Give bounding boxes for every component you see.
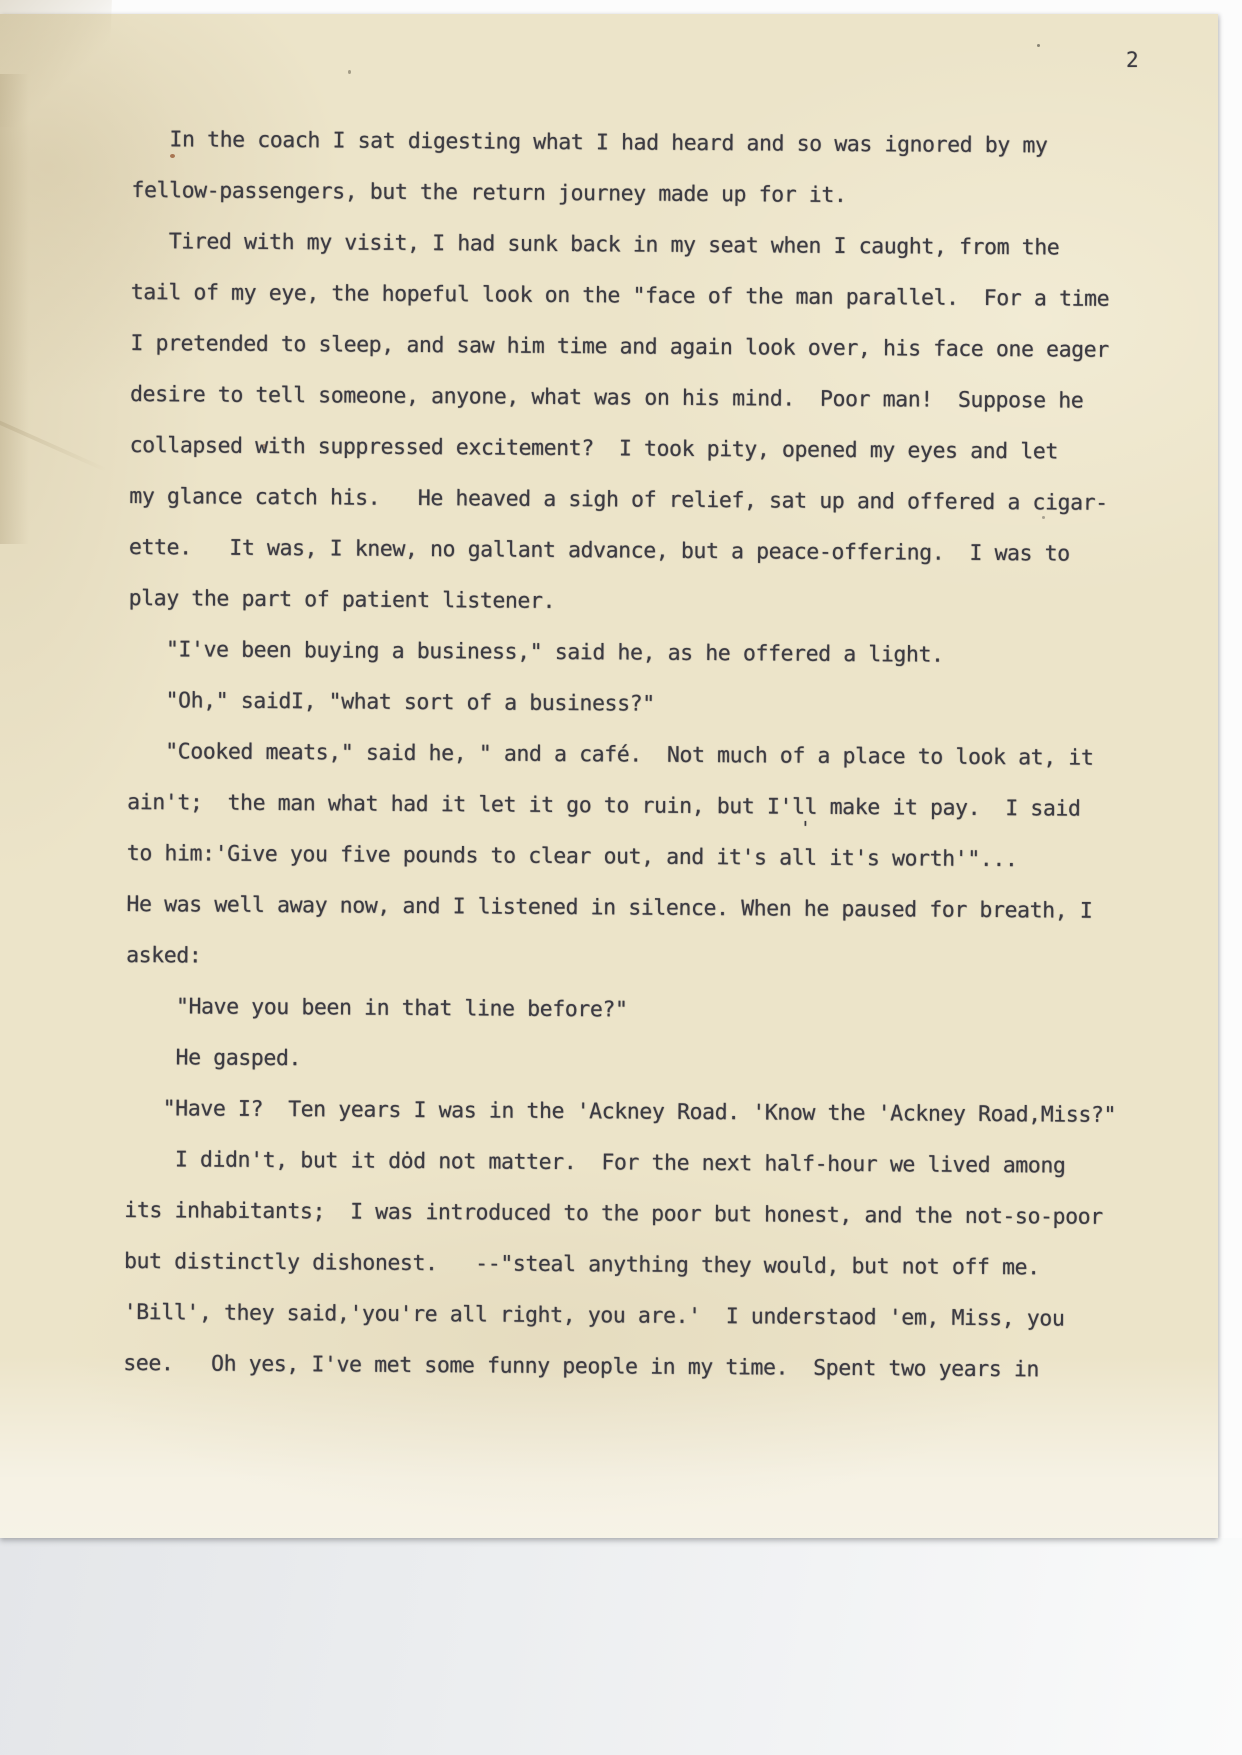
text-line: "Cooked meats," said he, " and a café. N… (127, 726, 1207, 785)
typescript-body: In the coach I sat digesting what I had … (123, 114, 1212, 1397)
typed-correction-apostrophe: ' (800, 818, 811, 839)
text-line: asked: (126, 930, 1206, 989)
text-line: ain't; the man what had it let it go to … (127, 777, 1207, 836)
text-line: He was well away now, and I listened in … (126, 879, 1206, 938)
text-line: In the coach I sat digesting what I had … (132, 114, 1212, 173)
paper-speck (348, 70, 351, 74)
scanner-bed (0, 1538, 1242, 1755)
paper-speck (1037, 44, 1040, 47)
text-line: fellow-passengers, but the return journe… (131, 165, 1211, 224)
text-line: I didn't, but it dȯd not matter. For the… (125, 1134, 1205, 1193)
text-line: collapsed with suppressed excitement? I … (130, 420, 1210, 479)
paper-crease-left-edge (0, 74, 34, 544)
text-line: "Have you been in that line before?" (126, 981, 1206, 1040)
text-line: its inhabitants; I was introduced to the… (124, 1185, 1204, 1244)
text-line: my glance catch his. He heaved a sigh of… (129, 471, 1209, 530)
text-line: "Have I? Ten years I was in the 'Ackney … (125, 1083, 1205, 1142)
text-line: "I've been buying a business," said he, … (128, 624, 1208, 683)
text-line: but distinctly dishonest. --"steal anyth… (124, 1236, 1204, 1295)
text-line: He gasped. (125, 1032, 1205, 1091)
text-line: tail of my eye, the hopeful look on the … (131, 267, 1211, 326)
text-line: play the part of patient listener. (128, 573, 1208, 632)
text-line: ette. It was, I knew, no gallant advance… (129, 522, 1209, 581)
text-line: "Oh," saidI, "what sort of a business?" (128, 675, 1208, 734)
scanned-page-background: 2 In the coach I sat digesting what I ha… (0, 0, 1242, 1755)
paper-page: 2 In the coach I sat digesting what I ha… (0, 14, 1218, 1538)
text-line: 'Bill', they said,'you're all right, you… (123, 1287, 1203, 1346)
text-line: Tired with my visit, I had sunk back in … (131, 216, 1211, 275)
page-number: 2 (1126, 48, 1139, 72)
text-line: I pretended to sleep, and saw him time a… (130, 318, 1210, 377)
text-line: to him:'Give you five pounds to clear ou… (127, 828, 1207, 887)
text-line: see. Oh yes, I've met some funny people … (123, 1338, 1203, 1397)
text-line: desire to tell someone, anyone, what was… (130, 369, 1210, 428)
